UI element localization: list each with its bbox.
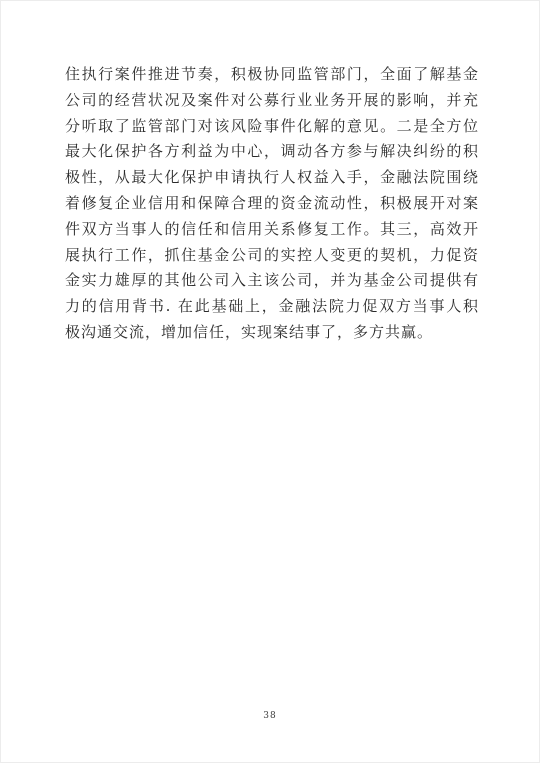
paragraph-line: 着修复企业信用和保障合理的资金流动性，积极展开对案	[65, 191, 479, 217]
paragraph-line: 件双方当事人的信任和信用关系修复工作。其三，高效开	[65, 217, 479, 243]
paragraph-line: 最大化保护各方利益为中心，调动各方参与解决纠纷的积	[65, 139, 479, 165]
paragraph-line: 力的信用背书. 在此基础上，金融法院力促双方当事人积	[65, 294, 479, 320]
paragraph-line: 展执行工作，抓住基金公司的实控人变更的契机，力促资	[65, 243, 479, 269]
paragraph-line: 金实力雄厚的其他公司入主该公司，并为基金公司提供有	[65, 268, 479, 294]
paragraph-line: 极沟通交流，增加信任，实现案结事了，多方共赢。	[65, 320, 479, 346]
paragraph-line: 住执行案件推进节奏，积极协同监管部门，全面了解基金	[65, 62, 479, 88]
page-number: 38	[1, 711, 539, 721]
paragraph-line: 极性，从最大化保护申请执行人权益入手，金融法院围绕	[65, 165, 479, 191]
paragraph-line: 公司的经营状况及案件对公募行业业务开展的影响，并充	[65, 88, 479, 114]
paragraph-line: 分听取了监管部门对该风险事件化解的意见。二是全方位	[65, 114, 479, 140]
paragraph-block: 住执行案件推进节奏，积极协同监管部门，全面了解基金 公司的经营状况及案件对公募行…	[65, 62, 479, 346]
document-page: 住执行案件推进节奏，积极协同监管部门，全面了解基金 公司的经营状况及案件对公募行…	[0, 0, 540, 763]
